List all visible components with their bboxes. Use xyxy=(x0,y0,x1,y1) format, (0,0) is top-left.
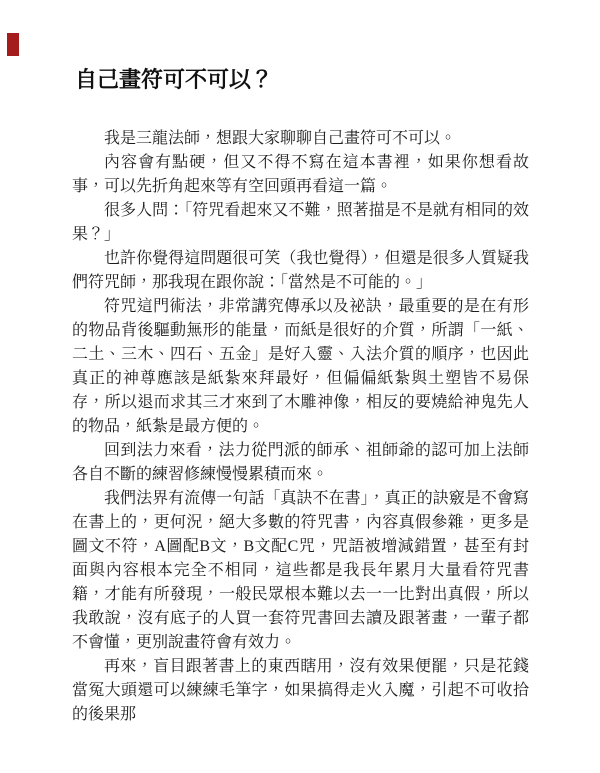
chapter-title: 自己畫符可不可以？ xyxy=(75,66,273,94)
paragraph: 再來，盲目跟著書上的東西瞎用，沒有效果便罷，只是花錢當冤大頭還可以練練毛筆字，如… xyxy=(72,655,529,727)
paragraph: 符咒這門術法，非常講究傳承以及祕訣，最重要的是在有形的物品背後驅動無形的能量，而… xyxy=(72,295,529,439)
chapter-body: 我是三龍法師，想跟大家聊聊自己畫符可不可以。 內容會有點硬，但又不得不寫在這本書… xyxy=(72,127,529,727)
paragraph: 我是三龍法師，想跟大家聊聊自己畫符可不可以。 xyxy=(72,127,529,151)
book-page: 自己畫符可不可以？ 我是三龍法師，想跟大家聊聊自己畫符可不可以。 內容會有點硬，… xyxy=(0,0,600,773)
bookmark-tab-icon[interactable] xyxy=(7,33,19,56)
paragraph: 我們法界有流傳一句話「真訣不在書」，真正的訣竅是不會寫在書上的，更何況，絕大多數… xyxy=(72,487,529,655)
paragraph: 很多人問：「符咒看起來又不難，照著描是不是就有相同的效果？」 xyxy=(72,199,529,247)
paragraph: 也許你覺得這問題很可笑（我也覺得），但還是很多人質疑我們符咒師，那我現在跟你說：… xyxy=(72,247,529,295)
paragraph: 回到法力來看，法力從門派的師承、祖師爺的認可加上法師各自不斷的練習修練慢慢累積而… xyxy=(72,439,529,487)
paragraph: 內容會有點硬，但又不得不寫在這本書裡，如果你想看故事，可以先折角起來等有空回頭再… xyxy=(72,151,529,199)
